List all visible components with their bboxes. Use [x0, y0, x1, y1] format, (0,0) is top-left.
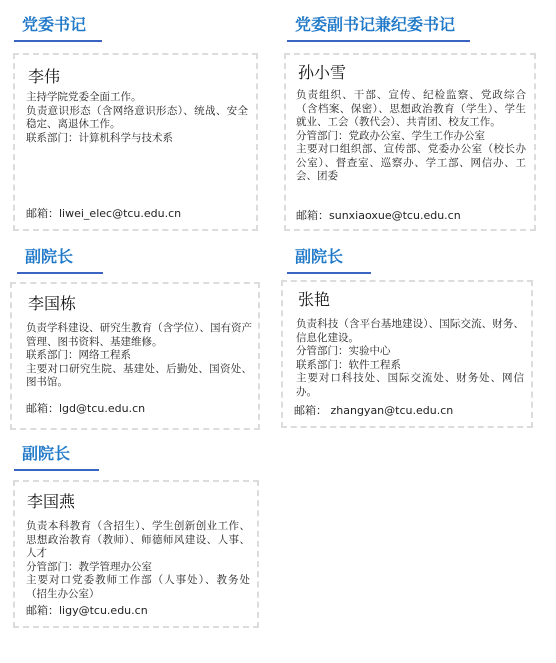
person-name: 李伟 — [28, 67, 60, 87]
email-text[interactable]: 邮箱： zhangyan@tcu.edu.cn — [294, 404, 453, 418]
section-deputy-party-secretary: 党委副书记兼纪委书记 — [287, 14, 470, 42]
section-heading: 副院长 — [14, 443, 99, 471]
person-duties: 负责科技（含平台基地建设）、国际交流、财务、信息化建设。 分管部门：实验中心 联… — [296, 318, 524, 399]
person-name: 孙小雪 — [298, 63, 346, 83]
duty-line: 联系部门：网络工程系 — [26, 349, 252, 363]
duty-line: 主要对口研究生院、基建处、后勤处、国资处、图书馆。 — [26, 363, 252, 390]
email-text[interactable]: 邮箱：sunxiaoxue@tcu.edu.cn — [296, 209, 461, 223]
profile-card-liguoyan: 李国燕 负责本科教育（含招生）、学生创新创业工作、思想政治教育（教师）、师德师风… — [13, 480, 259, 628]
duty-line: 负责组织、干部、宣传、纪检监察、党政综合（含档案、保密）、思想政治教育（学生）、… — [296, 89, 526, 130]
duty-line: 分管部门：教学管理办公室 — [26, 561, 250, 575]
duty-line: 负责意识形态（含网络意识形态）、统战、安全稳定、离退休工作。 — [26, 105, 248, 132]
section-heading: 副院长 — [287, 246, 371, 274]
duty-line: 联系部门：软件工程系 — [296, 359, 524, 373]
profile-card-zhangyan: 张艳 负责科技（含平台基地建设）、国际交流、财务、信息化建设。 分管部门：实验中… — [281, 280, 533, 428]
section-vice-dean-1: 副院长 — [17, 246, 103, 274]
duty-line: 联系部门：计算机科学与技术系 — [26, 132, 248, 146]
duty-line: 主持学院党委全面工作。 — [26, 91, 248, 105]
email-text[interactable]: 邮箱：lgd@tcu.edu.cn — [26, 402, 145, 416]
duty-line: 主要对口组织部、宣传部、党委办公室（校长办公室）、督查室、巡察办、学工部、网信办… — [296, 143, 526, 184]
profile-card-sunxiaoxue: 孙小雪 负责组织、干部、宣传、纪检监察、党政综合（含档案、保密）、思想政治教育（… — [284, 53, 536, 231]
person-duties: 负责学科建设、研究生教育（含学位）、国有资产管理、图书资料、基建维修。 联系部门… — [26, 322, 252, 390]
person-name: 李国燕 — [27, 492, 75, 512]
person-duties: 主持学院党委全面工作。 负责意识形态（含网络意识形态）、统战、安全稳定、离退休工… — [26, 91, 248, 145]
section-vice-dean-3: 副院长 — [14, 443, 99, 471]
duty-line: 主要对口党委教师工作部（人事处）、教务处（招生办公室） — [26, 574, 250, 601]
duty-line: 负责学科建设、研究生教育（含学位）、国有资产管理、图书资料、基建维修。 — [26, 322, 252, 349]
section-heading: 副院长 — [17, 246, 103, 274]
person-name: 李国栋 — [28, 294, 76, 314]
profile-card-liwei: 李伟 主持学院党委全面工作。 负责意识形态（含网络意识形态）、统战、安全稳定、离… — [13, 53, 258, 231]
duty-line: 负责本科教育（含招生）、学生创新创业工作、思想政治教育（教师）、师德师风建设、人… — [26, 520, 250, 561]
duty-line: 分管部门：党政办公室、学生工作办公室 — [296, 130, 526, 144]
duty-line: 分管部门：实验中心 — [296, 345, 524, 359]
duty-line: 负责科技（含平台基地建设）、国际交流、财务、信息化建设。 — [296, 318, 524, 345]
email-text[interactable]: 邮箱：ligy@tcu.edu.cn — [26, 604, 148, 618]
section-vice-dean-2: 副院长 — [287, 246, 371, 274]
person-duties: 负责组织、干部、宣传、纪检监察、党政综合（含档案、保密）、思想政治教育（学生）、… — [296, 89, 526, 184]
duty-line: 主要对口科技处、国际交流处、财务处、网信办。 — [296, 372, 524, 399]
section-heading: 党委副书记兼纪委书记 — [287, 14, 470, 42]
email-text[interactable]: 邮箱：liwei_elec@tcu.edu.cn — [26, 207, 181, 221]
person-duties: 负责本科教育（含招生）、学生创新创业工作、思想政治教育（教师）、师德师风建设、人… — [26, 520, 250, 601]
person-name: 张艳 — [298, 290, 330, 310]
section-heading: 党委书记 — [14, 14, 102, 42]
profile-card-liguodong: 李国栋 负责学科建设、研究生教育（含学位）、国有资产管理、图书资料、基建维修。 … — [10, 282, 260, 430]
section-party-secretary: 党委书记 — [14, 14, 102, 42]
